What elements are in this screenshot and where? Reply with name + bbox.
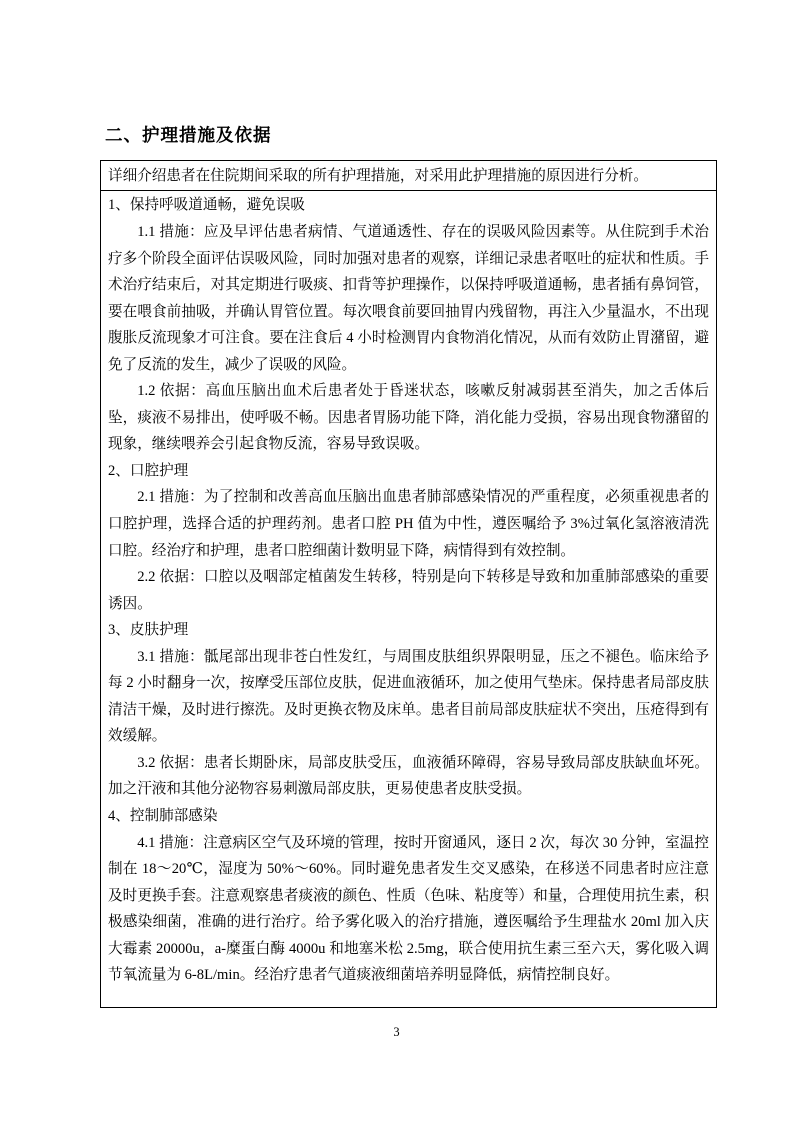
- section-heading: 二、护理措施及依据: [105, 123, 272, 147]
- section-paragraph: 4.1 措施：注意病区空气及环境的管理，按时开窗通风，逐日 2 次，每次 30 …: [108, 830, 709, 989]
- section-title: 3、皮肤护理: [108, 617, 709, 644]
- document-page: 二、护理措施及依据 详细介绍患者在住院期间采取的所有护理措施，对采用此护理措施的…: [0, 0, 793, 1122]
- section-paragraph: 2.2 依据：口腔以及咽部定植菌发生转移，特别是向下转移是导致和加重肺部感染的重…: [108, 564, 709, 617]
- section-paragraph: 1.2 依据：高血压脑出血术后患者处于昏迷状态，咳嗽反射减弱甚至消失，加之舌体后…: [108, 378, 709, 458]
- section-title: 4、控制肺部感染: [108, 803, 709, 830]
- section-title: 1、保持呼吸道通畅，避免误吸: [108, 192, 709, 219]
- section-paragraph: 1.1 措施：应及早评估患者病情、气道通透性、存在的误吸风险因素等。从住院到手术…: [108, 219, 709, 378]
- table-intro-row: 详细介绍患者在住院期间采取的所有护理措施，对采用此护理措施的原因进行分析。: [101, 161, 716, 191]
- section-paragraph: 3.1 措施：骶尾部出现非苍白性发红，与周围皮肤组织界限明显，压之不褪色。临床给…: [108, 644, 709, 750]
- table-content-cell: 1、保持呼吸道通畅，避免误吸 1.1 措施：应及早评估患者病情、气道通透性、存在…: [101, 191, 716, 1007]
- section-paragraph: 2.1 措施：为了控制和改善高血压脑出血患者肺部感染情况的严重程度，必须重视患者…: [108, 484, 709, 564]
- content-table: 详细介绍患者在住院期间采取的所有护理措施，对采用此护理措施的原因进行分析。 1、…: [100, 160, 717, 1008]
- page-number: 3: [0, 1024, 793, 1040]
- section-paragraph: 3.2 依据：患者长期卧床，局部皮肤受压，血液循环障碍，容易导致局部皮肤缺血坏死…: [108, 750, 709, 803]
- section-title: 2、口腔护理: [108, 458, 709, 485]
